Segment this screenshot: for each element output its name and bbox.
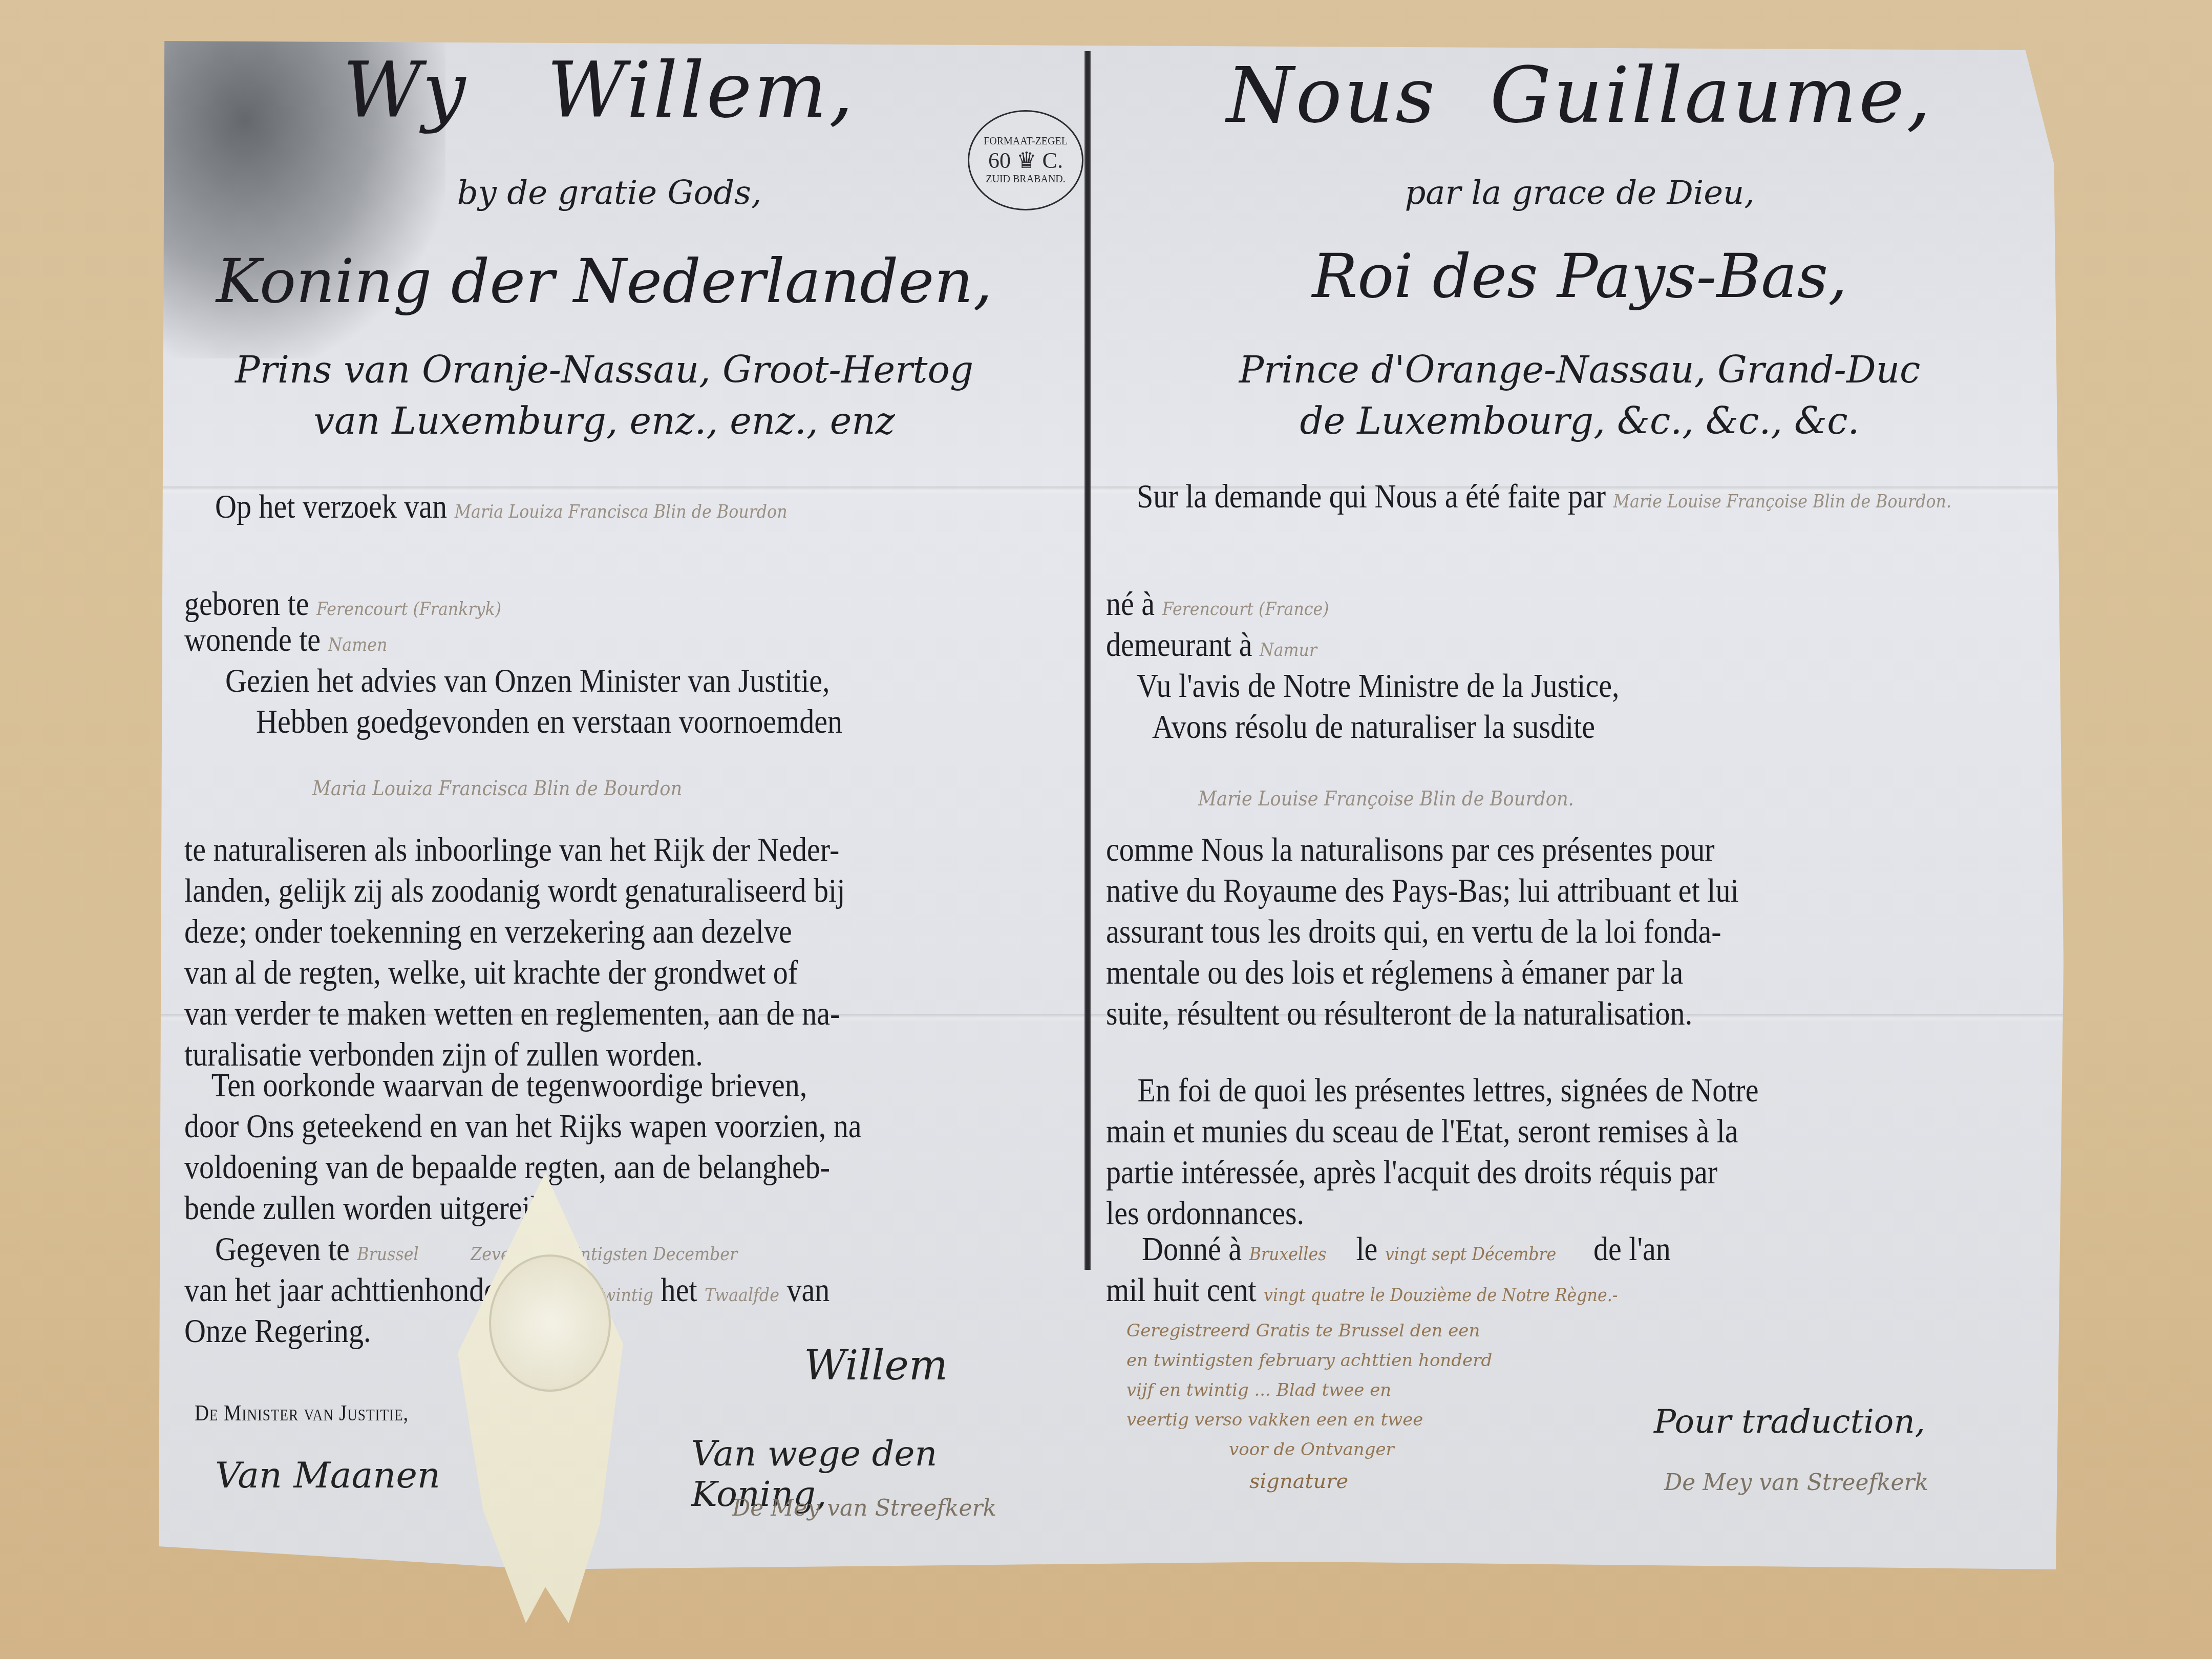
handwritten-birthplace: Ferencourt (Frankryk) (316, 599, 501, 620)
pour-traduction-label: Pour traduction, (1654, 1403, 1925, 1441)
french-living: demeurant à Namur (1106, 625, 1317, 671)
secretary-signature: De Mey van Streefkerk (732, 1495, 996, 1521)
dutch-para2: Ten oorkonde waarvan de tegenwoordige br… (184, 1065, 862, 1229)
french-para1: comme Nous la naturalisons par ces prése… (1106, 829, 1739, 1034)
french-avons: Avons résolu de naturaliser la susdite (1152, 707, 1595, 748)
dutch-title-willem: Willem, (547, 46, 855, 135)
french-para2: En foi de quoi les présentes lettres, si… (1106, 1070, 1758, 1234)
dutch-hebben: Hebben goedgevonden en verstaan voornoem… (256, 701, 842, 742)
handwritten-name: Maria Louiza Francisca Blin de Bourdon (312, 768, 682, 809)
french-vu: Vu l'avis de Notre Ministre de la Justic… (1137, 666, 1620, 707)
french-title-nous: Nous (1226, 51, 1437, 140)
minister-label: De Minister van Justitie, (195, 1393, 409, 1434)
registrar-signature: signature (1249, 1470, 1348, 1493)
translator-signature: De Mey van Streefkerk (1664, 1470, 1928, 1496)
minister-signature: Van Maanen (215, 1454, 440, 1496)
dutch-gezien: Gezien het advies van Onzen Minister van… (225, 661, 830, 701)
french-king-title: Roi des Pays-Bas, (1096, 241, 2064, 311)
french-year: mil huit cent vingt quatre le Douzième d… (1106, 1270, 1618, 1316)
french-titles-line2: de Luxembourg, &c., &c., &c. (1096, 399, 2064, 442)
french-title-guillaume: Guillaume, (1490, 51, 1933, 140)
french-born: né à Ferencourt (France) (1106, 584, 1329, 630)
dutch-given: Gegeven te Brussel Zeven en Twintigsten … (215, 1229, 737, 1275)
dutch-para1: te naturaliseren als inboorlinge van het… (184, 829, 845, 1075)
column-divider (1084, 51, 1091, 1270)
handwritten-name: Maria Louiza Francisca Blin de Bourdon (455, 501, 788, 522)
french-request: Sur la demande qui Nous a été faite par … (1137, 476, 1951, 522)
dutch-onze-regering: Onze Regering. (184, 1311, 371, 1352)
handwritten-name: Marie Louise Françoise Blin de Bourdon. (1198, 778, 1574, 819)
embossed-royal-seal (489, 1254, 611, 1392)
dutch-by-grace: by de gratie Gods, (138, 174, 1080, 212)
document-sheet: Wy Willem, by de gratie Gods, Koning der… (159, 41, 2064, 1577)
dutch-titles-line2: van Luxemburg, enz., enz., enz (128, 399, 1080, 442)
dutch-heading: Wy Willem, (118, 46, 1080, 135)
dutch-title-wy: Wy (343, 46, 468, 135)
king-signature: Willem (804, 1342, 948, 1389)
french-by-grace: par la grace de Dieu, (1096, 174, 2064, 212)
dutch-request: Op het verzoek van Maria Louiza Francisc… (215, 486, 788, 533)
dutch-titles-line1: Prins van Oranje-Nassau, Groot-Hertog (128, 348, 1080, 391)
handwritten-residence: Namen (328, 634, 388, 655)
french-given: Donné à Bruxelles le vingt sept Décembre… (1142, 1229, 1671, 1275)
tax-stamp: FORMAAT-ZEGEL 60 ♛ C. ZUID BRABAND. (968, 110, 1083, 210)
french-heading: Nous Guillaume, (1096, 51, 2064, 140)
dutch-living: wonende te Namen (184, 620, 387, 666)
french-titles-line1: Prince d'Orange-Nassau, Grand-Duc (1096, 348, 2064, 391)
dutch-king-title: Koning der Nederlanden, (128, 246, 1080, 316)
registration-note: Geregistreerd Gratis te Brussel den een … (1126, 1316, 1492, 1464)
